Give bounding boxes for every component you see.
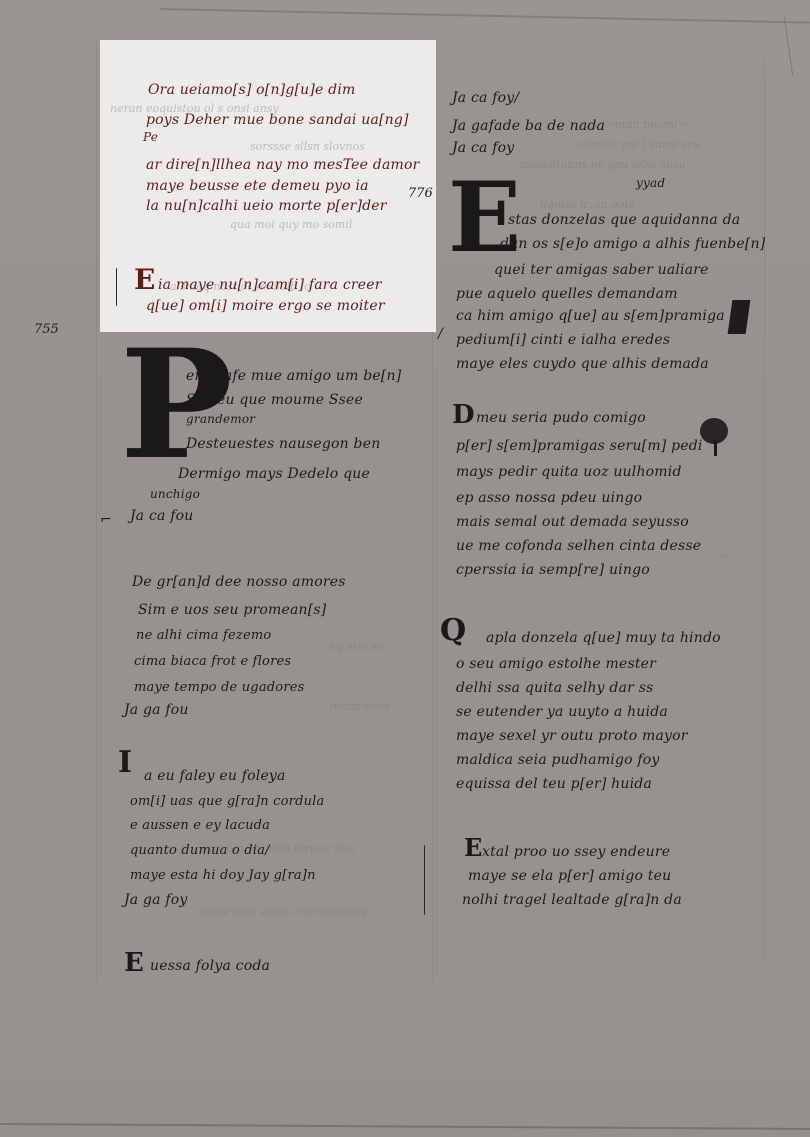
verse-line: stas donzelas que aquidanna da — [508, 212, 740, 228]
verse-line: ue me cofonda selhen cinta desse — [456, 538, 701, 554]
refrain: Ja ca foy — [452, 140, 514, 156]
paragraph-mark: / — [438, 326, 443, 342]
verse-line: grandemor — [186, 412, 255, 426]
verse-line: nolhi tragel lealtade g[ra]n da — [462, 892, 682, 908]
verse-line: quei ter amigas saber ualiare — [494, 262, 709, 278]
refrain: Ja ca fou — [130, 508, 193, 524]
highlighted-line: Ora ueiamo[s] o[n]g[u]e dim — [148, 82, 355, 98]
verse-line: De gr[an]d dee nosso amores — [132, 574, 346, 590]
show-through-text: nntas mosi — [330, 700, 391, 713]
verse-line: o seu amigo estolhe mester — [456, 656, 656, 672]
show-through-text: qua moi quy mo somil — [230, 218, 352, 231]
left-margin-rule — [96, 40, 97, 980]
verse-line: apla donzela q[ue] muy ta hindo — [486, 630, 721, 646]
verse-line: quanto dumua o dia/ — [130, 843, 270, 858]
show-through-text: seunruicn unius enorsunnunq — [200, 905, 366, 918]
stanza-bracket — [424, 845, 425, 915]
initial-letter: E — [464, 836, 482, 860]
verse-line: unchigo — [150, 487, 200, 501]
page-right-fold — [784, 16, 793, 76]
show-through-text: ilqolsa lc:qn qolg — [540, 198, 635, 211]
highlighted-line: la nu[n]calhi ueio morte p[er]der — [146, 198, 387, 214]
verse-line: ca him amigo q[ue] au s[em]pramiga — [456, 308, 725, 324]
verse-line: dun os s[e]o amigo a alhis fuenbe[n] — [500, 236, 765, 252]
highlighted-line: maye beusse ete demeu pyo ia — [146, 178, 369, 194]
highlighted-line: ar dire[n]llhea nay mo mesTee damor — [146, 157, 420, 173]
initial-letter: I — [118, 748, 132, 778]
show-through-text: sq ntsi nn — [330, 640, 385, 653]
initial-letter: D — [452, 402, 475, 428]
ink-blot — [728, 300, 751, 334]
verse-line: Dermigo mays Dedelo que — [178, 466, 370, 482]
verse-line: a eu faley eu foleya — [144, 768, 286, 784]
verse-line: delhi ssa quita selhy dar ss — [456, 680, 653, 696]
verse-line: maye sexel yr outu proto mayor — [456, 728, 688, 744]
ink-stain-drip — [714, 440, 717, 456]
verse-line: er boafe mue amigo um be[n] — [186, 368, 401, 384]
verse-line: cima biaca frot e flores — [134, 654, 291, 669]
refrain: Ja ga fou — [124, 702, 189, 718]
right-margin-rule — [764, 60, 765, 960]
verse-line: pue aquelo quelles demandam — [456, 286, 678, 302]
verse-line: p[er] s[em]pramigas seru[m] pedi — [456, 438, 703, 454]
verse-line: maye tempo de ugadores — [134, 680, 305, 695]
verse-line: maye eles cuydo que alhis demada — [456, 356, 709, 372]
verse-line: xtal proo uo ssey endeure — [482, 844, 670, 860]
verse-line: pedium[i] cinti e ialha eredes — [456, 332, 670, 348]
show-through-text: nsudsituuns ov gnu lelss susu — [520, 158, 686, 171]
verse-line: maye se ela p[er] amigo teu — [468, 868, 671, 884]
verse-line: cperssia ia semp[re] uingo — [456, 562, 650, 578]
manuscript-page: nm ionnpn pnomi ⌐ .olsnos; pni l sunsi s… — [0, 0, 810, 1137]
verse-line: ep asso nossa pdeu uingo — [456, 490, 642, 506]
closing-line: uessa folya coda — [150, 958, 270, 974]
verse-line: om[i] uas que g[ra]n cordula — [130, 794, 325, 809]
verse-line: ne alhi cima fezemo — [136, 628, 271, 643]
verse-line: mays pedir quita uoz uulhomid — [456, 464, 682, 480]
verse-line: mais semal out demada seyusso — [456, 514, 689, 530]
verse-line: Sim e uos seu promean[s] — [138, 602, 326, 618]
page-top-edge — [160, 8, 810, 24]
folio-number: 755 — [34, 322, 59, 337]
stanza-bracket — [116, 268, 117, 306]
verse-line: maldica seia pudhamigo foy — [456, 752, 660, 768]
highlighted-line: ia maye nu[n]cam[i] fara creer — [158, 277, 382, 293]
verse-line: Sey eu que moume Ssee — [186, 392, 363, 408]
verse-line: e aussen e ey lacuda — [130, 818, 270, 833]
verse-line: Desteuestes nausegon ben — [186, 436, 380, 452]
page-bottom-edge — [0, 1123, 810, 1130]
initial-letter: E — [134, 266, 155, 294]
catchword: yyad — [636, 176, 665, 190]
verse-line: equissa del teu p[er] huida — [456, 776, 652, 792]
paragraph-mark: ⌐ — [100, 512, 112, 528]
highlighted-line: Pe — [143, 130, 158, 144]
verse-line: se eutender ya uuyto a huida — [456, 704, 668, 720]
show-through-text: ⌐ — [720, 550, 729, 563]
highlighted-line: q[ue] om[i] moire ergo se moiter — [146, 298, 385, 314]
refrain: Ja ga foy — [124, 892, 188, 908]
initial-letter: Q — [440, 616, 466, 646]
refrain: Ja ca foy/ — [452, 90, 519, 106]
highlighted-line: poys Deher mue bone sandai ua[ng] — [146, 112, 409, 128]
verse-line: meu seria pudo comigo — [476, 410, 646, 426]
show-through-text: sorssse sllsn slovnos — [250, 140, 365, 153]
refrain: Ja gafade ba de nada — [452, 118, 605, 134]
show-through-text: .olsnos; pni l sunsi ses — [575, 138, 699, 151]
verse-line: maye esta hi doy Jay g[ra]n — [130, 868, 316, 883]
initial-letter: E — [124, 950, 144, 976]
folio-number: 776 — [408, 186, 433, 201]
